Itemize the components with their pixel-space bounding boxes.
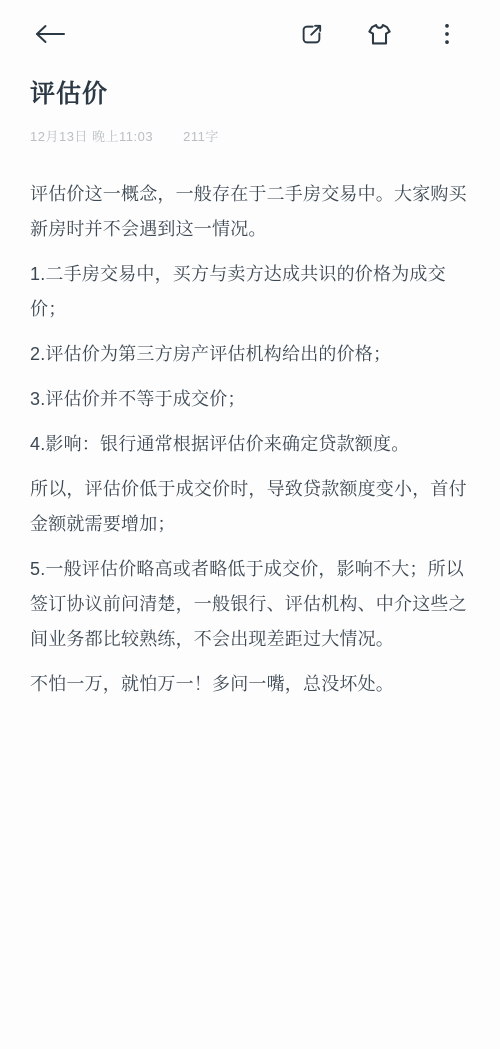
note-paragraph: 2.评估价为第三方房产评估机构给出的价格； bbox=[30, 337, 470, 372]
note-paragraph: 4.影响：银行通常根据评估价来确定贷款额度。 bbox=[30, 427, 470, 462]
toolbar-actions bbox=[298, 20, 460, 49]
share-icon bbox=[298, 21, 325, 48]
toolbar bbox=[0, 0, 500, 52]
note-title[interactable]: 评估价 bbox=[30, 78, 470, 110]
kebab-menu-icon bbox=[434, 21, 460, 47]
note-paragraph: 3.评估价并不等于成交价； bbox=[30, 382, 470, 417]
note-date: 12月13日 晚上11:03 bbox=[30, 129, 153, 144]
theme-button[interactable] bbox=[365, 20, 394, 49]
note-paragraph: 所以，评估价低于成交价时，导致贷款额度变小，首付金额就需要增加； bbox=[30, 472, 470, 542]
share-button[interactable] bbox=[298, 21, 325, 48]
note-paragraph: 1.二手房交易中，买方与卖方达成共识的价格为成交价； bbox=[30, 257, 470, 327]
note-paragraph: 不怕一万，就怕万一！多问一嘴，总没坏处。 bbox=[30, 667, 470, 702]
notes-app-screen: 评估价 12月13日 晚上11:03211字 评估价这一概念，一般存在于二手房交… bbox=[0, 0, 500, 1049]
note-body[interactable]: 评估价这一概念，一般存在于二手房交易中。大家购买新房时并不会遇到这一情况。 1.… bbox=[30, 177, 470, 702]
back-arrow-icon bbox=[34, 22, 66, 46]
note-paragraph: 5.一般评估价略高或者略低于成交价，影响不大；所以签订协议前问清楚，一般银行、评… bbox=[30, 552, 470, 657]
note-meta: 12月13日 晚上11:03211字 bbox=[30, 126, 470, 145]
tshirt-icon bbox=[365, 20, 394, 49]
note-word-count: 211字 bbox=[183, 129, 219, 144]
note-paragraph: 评估价这一概念，一般存在于二手房交易中。大家购买新房时并不会遇到这一情况。 bbox=[30, 177, 470, 247]
back-button[interactable] bbox=[34, 22, 66, 46]
more-options-button[interactable] bbox=[434, 21, 460, 47]
